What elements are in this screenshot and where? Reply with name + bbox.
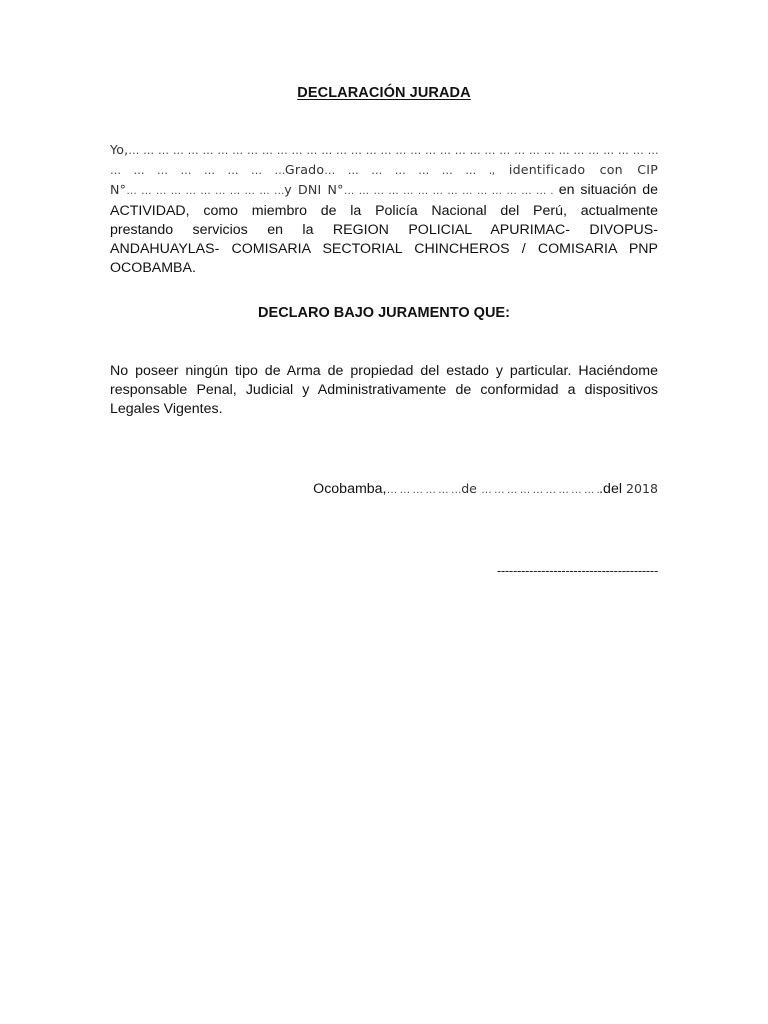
cip-number-label: N° [110, 182, 126, 197]
document-title: DECLARACIÓN JURADA [0, 85, 768, 101]
dni-blank: … … … … … … … … … … … … … … . [344, 185, 553, 197]
grado-label: Grado [285, 162, 324, 177]
place-and-date: Ocobamba,… … … … … …de … … … … … … … … …… [313, 481, 658, 497]
intro-line-7: OCOBAMBA. [110, 259, 658, 278]
intro-line-4: ACTIVIDAD, como miembro de la Policía Na… [110, 202, 658, 221]
place-label: Ocobamba, [313, 481, 386, 497]
document-page: DECLARACIÓN JURADA Yo,… … … … … … … … … … [0, 0, 768, 1024]
cip-blank: … … … … … … … … … … … [126, 185, 284, 197]
intro-line-name: Yo,… … … … … … … … … … … … … … … … … … …… [110, 140, 658, 160]
dni-label: y DNI N° [284, 182, 343, 197]
body-line-2: responsable Penal, Judicial y Administra… [110, 381, 658, 400]
situacion-text: en situación de [553, 182, 658, 198]
cip-label: CIP [637, 162, 658, 177]
yo-label: Yo, [110, 142, 128, 157]
month-blank: … … … … … … … … … . [481, 484, 599, 496]
con-label: con [600, 162, 623, 177]
intro-line-5: prestando servicios en la REGION POLICIA… [110, 221, 658, 240]
declaration-subtitle: DECLARO BAJO JURAMENTO QUE: [0, 305, 768, 321]
intro-line-cip-dni: N°… … … … … … … … … … …y DNI N°… … … … …… [110, 180, 658, 201]
body-line-1: No poseer ningún tipo de Arma de propied… [110, 362, 658, 381]
del-label: .del [599, 481, 626, 497]
signature-line: ---------------------------------------- [497, 563, 658, 578]
year-value: 2018 [626, 481, 658, 496]
body-line-3: Legales Vigentes. [110, 400, 658, 419]
day-blank: … … … … … … [387, 484, 462, 496]
de-label: de [461, 481, 481, 496]
intro-line-6: ANDAHUAYLAS- COMISARIA SECTORIAL CHINCHE… [110, 240, 658, 259]
name-blank-continued: … … … … … … … … [110, 164, 285, 177]
intro-paragraph: Yo,… … … … … … … … … … … … … … … … … … …… [110, 140, 658, 278]
declaration-body: No poseer ningún tipo de Arma de propied… [110, 362, 658, 420]
identificado-label: identificado [509, 162, 585, 177]
intro-line-grado: … … … … … … … …Grado… … … … … … … ., ide… [110, 160, 658, 180]
grado-blank: … … … … … … … ., [324, 164, 494, 177]
name-blank: … … … … … … … … … … … … … … … … … … … … … [128, 144, 658, 157]
